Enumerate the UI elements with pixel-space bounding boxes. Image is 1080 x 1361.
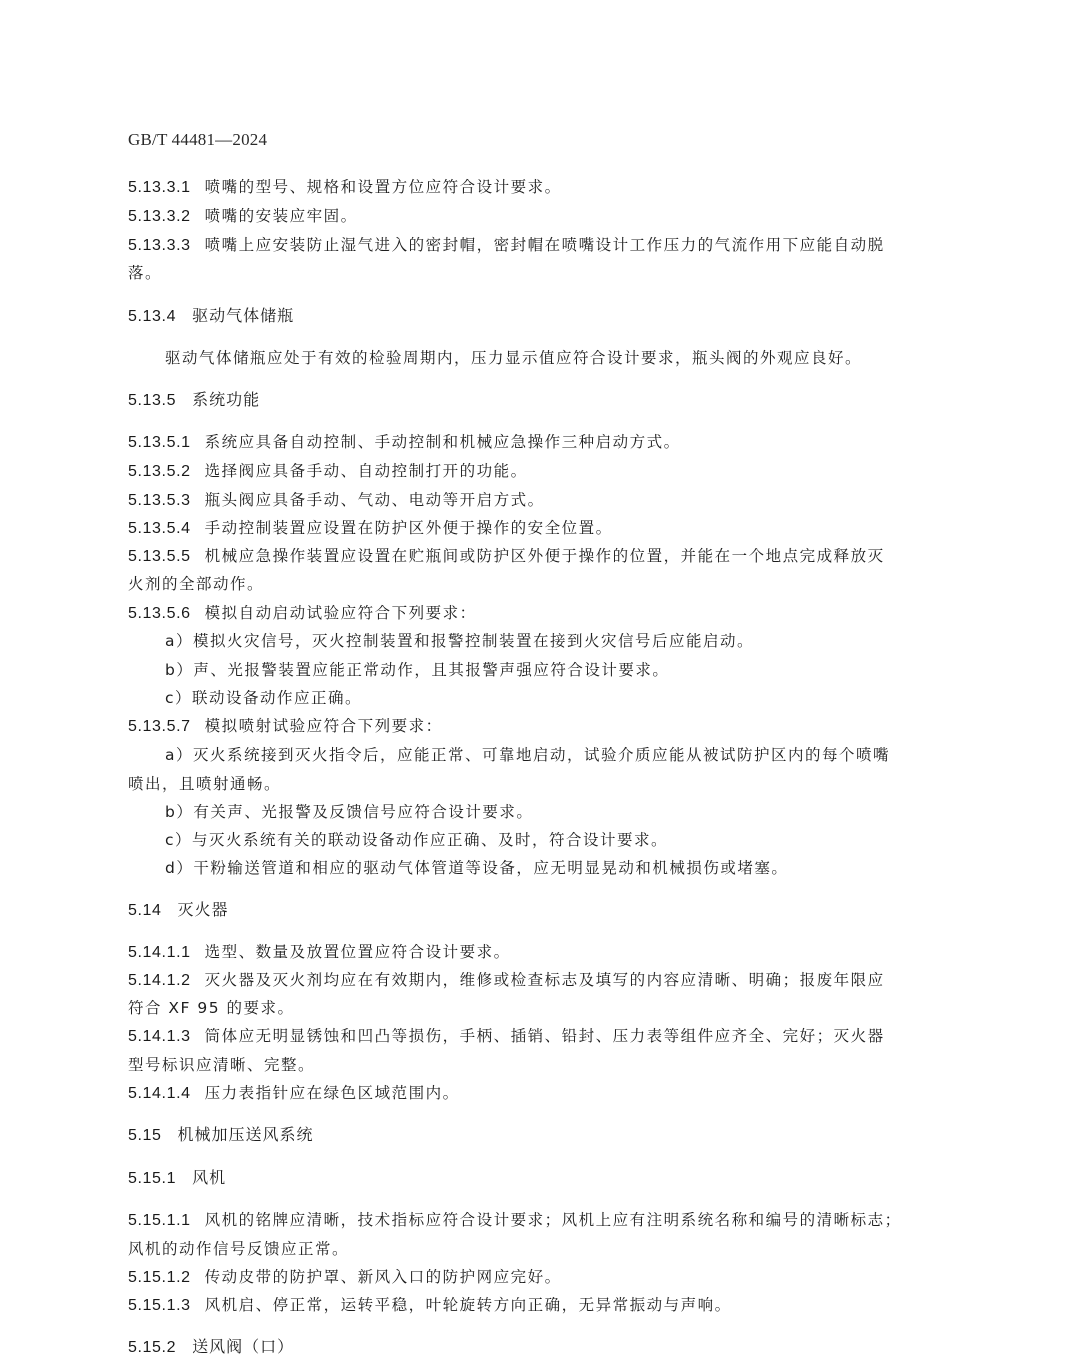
list-item-c: c）与灭火系统有关的联动设备动作应正确、及时，符合设计要求。 xyxy=(165,826,1017,854)
heading-number: 5.15.2 xyxy=(128,1334,176,1361)
heading-text: 灭火器 xyxy=(178,900,229,919)
heading-text: 机械加压送风系统 xyxy=(178,1125,314,1144)
clause-number: 5.15.1.1 xyxy=(128,1207,191,1235)
clause-text: 喷嘴的型号、规格和设置方位应符合设计要求。 xyxy=(205,178,562,196)
list-item-c: c）联动设备动作应正确。 xyxy=(165,684,1017,712)
heading-5-13-5: 5.13.5系统功能 xyxy=(128,386,980,415)
clause-number: 5.13.3.2 xyxy=(128,203,191,231)
clause-number: 5.13.5.4 xyxy=(128,515,191,543)
list-item-text: c）与灭火系统有关的联动设备动作应正确、及时，符合设计要求。 xyxy=(165,831,668,849)
continuation-text: 风机的动作信号反馈应正常。 xyxy=(128,1240,349,1258)
clause-text: 筒体应无明显锈蚀和凹凸等损伤，手柄、插销、铅封、压力表等组件应齐全、完好；灭火器 xyxy=(205,1027,885,1045)
clause-text: 喷嘴的安装应牢固。 xyxy=(205,207,358,225)
continuation-text: 型号标识应清晰、完整。 xyxy=(128,1056,315,1074)
clause-text: 机械应急操作装置应设置在贮瓶间或防护区外便于操作的位置，并能在一个地点完成释放灭 xyxy=(205,547,885,565)
heading-text: 风机 xyxy=(192,1168,226,1187)
clause-5-13-5-2: 5.13.5.2选择阀应具备手动、自动控制打开的功能。 xyxy=(128,457,980,486)
clause-number: 5.13.5.6 xyxy=(128,600,191,628)
clause-text: 传动皮带的防护罩、新风入口的防护网应完好。 xyxy=(205,1268,562,1286)
clause-5-14-1-4: 5.14.1.4压力表指针应在绿色区域范围内。 xyxy=(128,1079,980,1108)
heading-number: 5.14 xyxy=(128,897,162,925)
list-item-continuation: 喷出，且喷射通畅。 xyxy=(128,770,980,798)
clause-continuation: 火剂的全部动作。 xyxy=(128,570,980,598)
continuation-text: 火剂的全部动作。 xyxy=(128,575,264,593)
clause-5-13-5-1: 5.13.5.1系统应具备自动控制、手动控制和机械应急操作三种启动方式。 xyxy=(128,428,980,457)
clause-5-13-5-5: 5.13.5.5机械应急操作装置应设置在贮瓶间或防护区外便于操作的位置，并能在一… xyxy=(128,542,980,571)
continuation-text: 喷出，且喷射通畅。 xyxy=(128,775,281,793)
heading-5-15-1: 5.15.1风机 xyxy=(128,1164,980,1193)
clause-number: 5.14.1.2 xyxy=(128,967,191,995)
clause-5-14-1-1: 5.14.1.1选型、数量及放置位置应符合设计要求。 xyxy=(128,938,980,967)
clause-text: 喷嘴上应安装防止湿气进入的密封帽，密封帽在喷嘴设计工作压力的气流作用下应能自动脱 xyxy=(205,236,885,254)
heading-text: 送风阀（口） xyxy=(192,1337,294,1356)
clause-5-14-1-3: 5.14.1.3筒体应无明显锈蚀和凹凸等损伤，手柄、插销、铅封、压力表等组件应齐… xyxy=(128,1022,980,1051)
clause-text: 模拟自动启动试验应符合下列要求： xyxy=(205,604,477,622)
list-item-d: d）干粉输送管道和相应的驱动气体管道等设备，应无明显晃动和机械损伤或堵塞。 xyxy=(165,854,1017,882)
clause-number: 5.13.5.3 xyxy=(128,487,191,515)
list-item-text: a）模拟火灾信号，灭火控制装置和报警控制装置在接到火灾信号后应能启动。 xyxy=(165,632,754,650)
paragraph-text: 驱动气体储瓶应处于有效的检验周期内，压力显示值应符合设计要求，瓶头阀的外观应良好… xyxy=(165,349,862,367)
heading-number: 5.15 xyxy=(128,1122,162,1150)
document-page: GB/T 44481—2024 5.13.3.1喷嘴的型号、规格和设置方位应符合… xyxy=(0,0,1080,1361)
clause-number: 5.14.1.4 xyxy=(128,1080,191,1108)
continuation-text: 符合 XF 95 的要求。 xyxy=(128,999,295,1017)
list-item-text: b）声、光报警装置应能正常动作，且其报警声强应符合设计要求。 xyxy=(165,661,669,679)
list-item-b: b）声、光报警装置应能正常动作，且其报警声强应符合设计要求。 xyxy=(165,656,1017,684)
clause-number: 5.14.1.1 xyxy=(128,939,191,967)
clause-continuation: 型号标识应清晰、完整。 xyxy=(128,1051,980,1079)
clause-text: 风机的铭牌应清晰，技术指标应符合设计要求；风机上应有注明系统名称和编号的清晰标志… xyxy=(205,1211,902,1229)
clause-5-13-5-4: 5.13.5.4手动控制装置应设置在防护区外便于操作的安全位置。 xyxy=(128,514,980,543)
list-item-a: a）灭火系统接到灭火指令后，应能正常、可靠地启动，试验介质应能从被试防护区内的每… xyxy=(165,741,1017,769)
clause-5-14-1-2: 5.14.1.2灭火器及灭火剂均应在有效期内，维修或检查标志及填写的内容应清晰、… xyxy=(128,966,980,995)
paragraph: 驱动气体储瓶应处于有效的检验周期内，压力显示值应符合设计要求，瓶头阀的外观应良好… xyxy=(165,344,1017,372)
standard-id-header: GB/T 44481—2024 xyxy=(128,130,267,150)
clause-number: 5.14.1.3 xyxy=(128,1023,191,1051)
heading-text: 系统功能 xyxy=(192,390,260,409)
heading-number: 5.13.4 xyxy=(128,303,176,331)
clause-5-13-5-6: 5.13.5.6模拟自动启动试验应符合下列要求： xyxy=(128,599,980,628)
list-item-text: a）灭火系统接到灭火指令后，应能正常、可靠地启动，试验介质应能从被试防护区内的每… xyxy=(165,746,890,764)
clause-continuation: 符合 XF 95 的要求。 xyxy=(128,994,980,1022)
heading-5-15-2: 5.15.2送风阀（口） xyxy=(128,1333,980,1361)
clause-number: 5.13.5.5 xyxy=(128,543,191,571)
list-item-text: d）干粉输送管道和相应的驱动气体管道等设备，应无明显晃动和机械损伤或堵塞。 xyxy=(165,859,788,877)
clause-text: 瓶头阀应具备手动、气动、电动等开启方式。 xyxy=(205,491,545,509)
list-item-a: a）模拟火灾信号，灭火控制装置和报警控制装置在接到火灾信号后应能启动。 xyxy=(165,627,1017,655)
clause-text: 选型、数量及放置位置应符合设计要求。 xyxy=(205,943,511,961)
clause-5-13-5-3: 5.13.5.3瓶头阀应具备手动、气动、电动等开启方式。 xyxy=(128,486,980,515)
list-item-b: b）有关声、光报警及反馈信号应符合设计要求。 xyxy=(165,798,1017,826)
clause-text: 压力表指针应在绿色区域范围内。 xyxy=(205,1084,460,1102)
clause-5-15-1-3: 5.15.1.3风机启、停正常，运转平稳，叶轮旋转方向正确，无异常振动与声响。 xyxy=(128,1291,980,1320)
clause-number: 5.15.1.3 xyxy=(128,1292,191,1320)
clause-5-13-3-3: 5.13.3.3喷嘴上应安装防止湿气进入的密封帽，密封帽在喷嘴设计工作压力的气流… xyxy=(128,231,980,260)
clause-text: 选择阀应具备手动、自动控制打开的功能。 xyxy=(205,462,528,480)
continuation-text: 落。 xyxy=(128,264,162,282)
clause-number: 5.13.3.3 xyxy=(128,232,191,260)
clause-continuation: 落。 xyxy=(128,259,980,287)
clause-text: 风机启、停正常，运转平稳，叶轮旋转方向正确，无异常振动与声响。 xyxy=(205,1296,732,1314)
list-item-text: c）联动设备动作应正确。 xyxy=(165,689,362,707)
heading-number: 5.13.5 xyxy=(128,387,176,415)
heading-5-15: 5.15机械加压送风系统 xyxy=(128,1121,980,1150)
clause-5-13-3-1: 5.13.3.1喷嘴的型号、规格和设置方位应符合设计要求。 xyxy=(128,173,980,202)
clause-number: 5.13.5.1 xyxy=(128,429,191,457)
clause-number: 5.13.5.2 xyxy=(128,458,191,486)
clause-text: 系统应具备自动控制、手动控制和机械应急操作三种启动方式。 xyxy=(205,433,681,451)
clause-continuation: 风机的动作信号反馈应正常。 xyxy=(128,1235,980,1263)
clause-number: 5.13.5.7 xyxy=(128,713,191,741)
clause-5-15-1-1: 5.15.1.1风机的铭牌应清晰，技术指标应符合设计要求；风机上应有注明系统名称… xyxy=(128,1206,980,1235)
list-item-text: b）有关声、光报警及反馈信号应符合设计要求。 xyxy=(165,803,533,821)
clause-5-13-3-2: 5.13.3.2喷嘴的安装应牢固。 xyxy=(128,202,980,231)
clause-number: 5.15.1.2 xyxy=(128,1264,191,1292)
heading-number: 5.15.1 xyxy=(128,1165,176,1193)
clause-text: 手动控制装置应设置在防护区外便于操作的安全位置。 xyxy=(205,519,613,537)
clause-number: 5.13.3.1 xyxy=(128,174,191,202)
clause-5-15-1-2: 5.15.1.2传动皮带的防护罩、新风入口的防护网应完好。 xyxy=(128,1263,980,1292)
clause-text: 灭火器及灭火剂均应在有效期内，维修或检查标志及填写的内容应清晰、明确；报废年限应 xyxy=(205,971,885,989)
clause-5-13-5-7: 5.13.5.7模拟喷射试验应符合下列要求： xyxy=(128,712,980,741)
heading-text: 驱动气体储瓶 xyxy=(192,306,294,325)
clause-text: 模拟喷射试验应符合下列要求： xyxy=(205,717,443,735)
heading-5-14: 5.14灭火器 xyxy=(128,896,980,925)
heading-5-13-4: 5.13.4驱动气体储瓶 xyxy=(128,302,980,331)
